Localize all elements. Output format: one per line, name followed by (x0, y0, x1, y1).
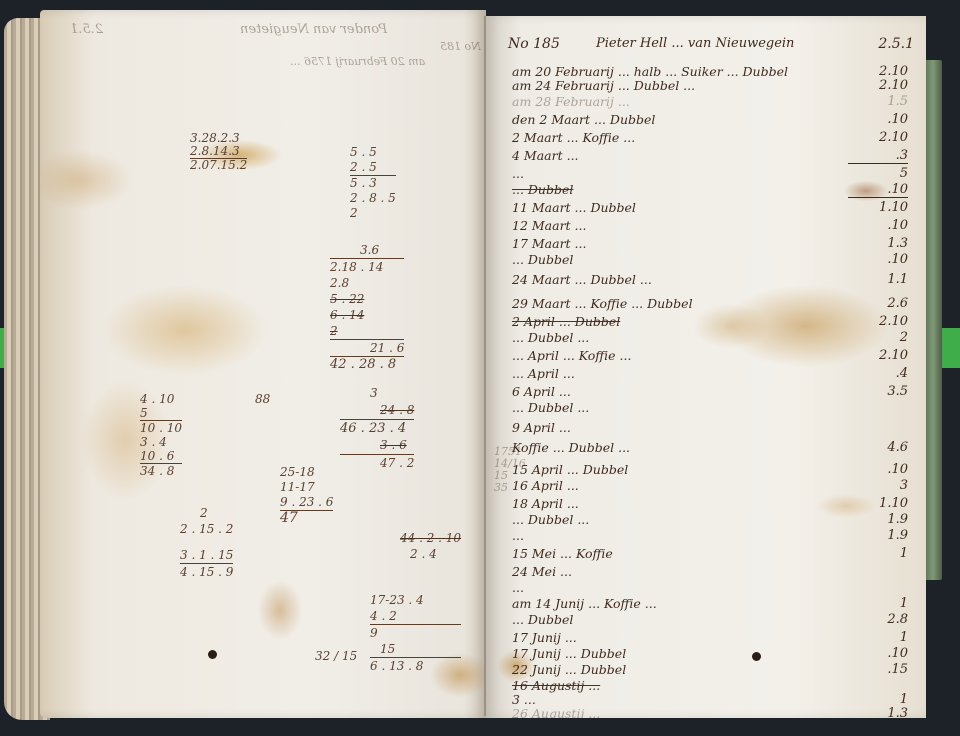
ledger-entry: 17 Junij ... (512, 630, 872, 645)
entry-amount: 1 (848, 692, 908, 707)
entry-amount: .10 (848, 218, 908, 233)
ledger-entry: 24 Mei ... (512, 564, 872, 579)
entry-amount: 1 (848, 596, 908, 611)
entry-amount: 1.5 (848, 94, 908, 109)
ledger-entry: 4 Maart ... (512, 148, 872, 163)
ledger-entry: 2 Maart ... Koffie ... (512, 130, 872, 145)
ledger-entry: ... (512, 528, 872, 543)
entry-amount: 4.6 (848, 440, 908, 455)
calc-col-2: 3.6 2.18 . 14 2.8 5 . 22 6 . 14 2 21 . 6… (330, 242, 404, 373)
calc-misc-fraction: 32 / 15 (315, 650, 357, 662)
ledger-entry: ... Dubbel ... (512, 400, 872, 415)
ledger-entry: am 28 Februarij ... (512, 94, 872, 109)
bleed-through-corner-amount: 2.5.1 (70, 22, 103, 37)
ledger-entry: 17 Junij ... Dubbel (512, 646, 872, 661)
entry-amount: 1.10 (848, 496, 908, 511)
ledger-entry: am 24 Februarij ... Dubbel ... (512, 78, 872, 93)
book-cover-edge (924, 60, 942, 580)
entry-amount: 2.10 (848, 348, 908, 363)
ledger-entry: 2 April ... Dubbel (512, 314, 872, 329)
calc-left-margin: 4 . 10 5 10 . 10 3 . 4 10 . 6 34 . 8 (140, 392, 182, 478)
entry-amount: 2.8 (848, 612, 908, 627)
calc-lower-right: 44 . 2 . 10 2 . 4 17-23 . 4 4 . 2 9 15 6… (370, 530, 461, 674)
ledger-entry: ... Dubbel (512, 612, 872, 627)
ledger-entry: 16 April ... (512, 478, 872, 493)
right-page: No 185 Pieter Hell ... van Nieuwegein 2.… (486, 16, 926, 718)
ledger-entry: ... (512, 580, 872, 595)
ledger-entry: 24 Maart ... Dubbel ... (512, 272, 872, 287)
entry-amount: .4 (848, 366, 908, 381)
entry-amount: 1.9 (848, 528, 908, 543)
entry-amount: .10 (848, 182, 908, 198)
binding-hole (752, 652, 761, 661)
ledger-entry: ... Dubbel ... (512, 330, 872, 345)
entry-amount: 1.3 (848, 236, 908, 251)
entry-amount: 2 (848, 330, 908, 345)
entry-amount: 2.10 (848, 64, 908, 79)
entry-amount: .10 (848, 462, 908, 477)
binding-hole (208, 650, 217, 659)
ledger-entry: am 14 Junij ... Koffie ... (512, 596, 872, 611)
ledger-entry: 3 ... (512, 692, 872, 707)
ledger-entry: 15 Mei ... Koffie (512, 546, 872, 561)
header-amount: 2.5.1 (878, 36, 914, 52)
entry-amount: .15 (848, 662, 908, 677)
ledger-entry: ... (512, 166, 872, 181)
ledger-entry: 26 Augustij ... (512, 706, 872, 718)
ledger-entry: 18 April ... (512, 496, 872, 511)
entry-amount: .10 (848, 112, 908, 127)
ledger-entry: 29 Maart ... Koffie ... Dubbel (512, 296, 872, 311)
entry-amount: 2.10 (848, 130, 908, 145)
entry-amount: 1.1 (848, 272, 908, 287)
ledger-entry: am 20 Februarij ... halb ... Suiker ... … (512, 64, 872, 79)
calc-col-3: 3 24 . 8 46 . 23 . 4 3 . 6 47 . 2 (340, 385, 414, 472)
ledger-entry: 11 Maart ... Dubbel (512, 200, 872, 215)
ledger-entry: 12 Maart ... (512, 218, 872, 233)
ledger-entry: ... Dubbel ... (512, 512, 872, 527)
entry-amount: 1.10 (848, 200, 908, 215)
ledger-entry: ... Dubbel (512, 252, 872, 267)
entry-amount: .10 (848, 252, 908, 267)
entry-amount: .3 (848, 148, 908, 164)
entry-amount: 1 (848, 630, 908, 645)
bleed-through-folio: No 185 (440, 40, 481, 53)
bleed-through-line: am 20 Februarij 1756 ... (290, 55, 425, 68)
entry-amount: 2.10 (848, 78, 908, 93)
left-page: Ponder van Neugieten 2.5.1 No 185 am 20 … (40, 10, 486, 718)
ledger-entry: 22 Junij ... Dubbel (512, 662, 872, 677)
entry-amount: 1 (848, 546, 908, 561)
ledger-entry: 17 Maart ... (512, 236, 872, 251)
entry-amount: 3.5 (848, 384, 908, 399)
ledger-entry: ... Dubbel (512, 182, 872, 197)
ledger-entry: 6 April ... (512, 384, 872, 399)
calc-col-1: 5 . 5 2 . 5 5 . 3 2 . 8 . 5 2 (350, 145, 396, 221)
calc-col-4: 25-18 11-17 9 . 23 . 6 47 (280, 465, 333, 526)
entry-amount: .10 (848, 646, 908, 661)
calc-top-stain: 3.28.2.3 2.8.14.3 2.07.15.2 (190, 132, 247, 172)
ledger-entry: 16 Augustij ... (512, 678, 872, 693)
entry-amount: 1.3 (848, 706, 908, 718)
ledger-entry: den 2 Maart ... Dubbel (512, 112, 872, 127)
entry-amount: 1.9 (848, 512, 908, 527)
folio-number: No 185 (508, 36, 560, 52)
entry-amount: 5 (848, 166, 908, 181)
ledger-entry: 15 April ... Dubbel (512, 462, 872, 477)
entry-amount: 2.6 (848, 296, 908, 311)
ledger-entry: Koffie ... Dubbel ... (512, 440, 872, 455)
entry-amount: 2.10 (848, 314, 908, 329)
account-header: Pieter Hell ... van Nieuwegein (596, 36, 794, 51)
ledger-entry: ... April ... (512, 366, 872, 381)
calc-lower-left: 2 2 . 15 . 2 3 . 1 . 15 4 . 15 . 9 (180, 505, 233, 580)
ledger-entry: ... April ... Koffie ... (512, 348, 872, 363)
bleed-through-header: Ponder van Neugieten (240, 22, 387, 37)
entry-amount: 3 (848, 478, 908, 493)
calc-misc-88: 88 (255, 392, 270, 406)
ledger-entry: 9 April ... (512, 420, 872, 435)
